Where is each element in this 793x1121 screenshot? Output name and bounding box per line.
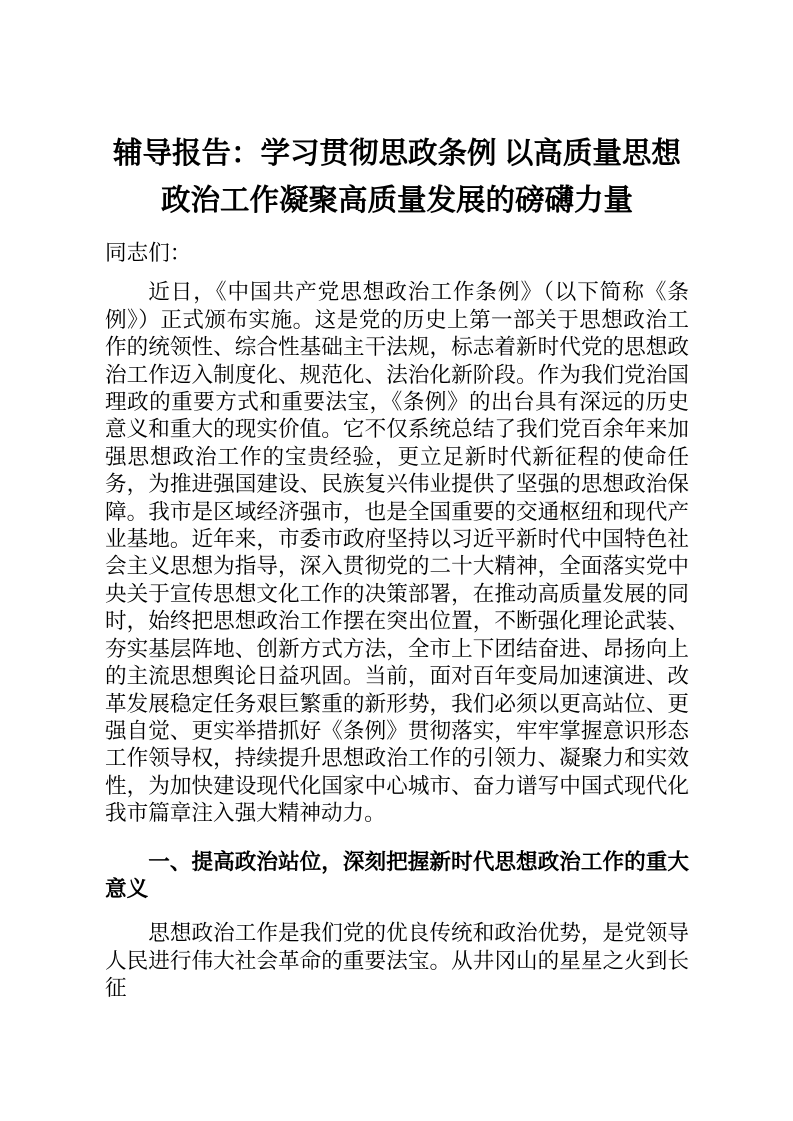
intro-paragraph: 近日，《中国共产党思想政治工作条例》（以下简称《条例》）正式颁布实施。这是党的历… — [105, 279, 689, 827]
document-title: 辅导报告：学习贯彻思政条例 以高质量思想政治工作凝聚高质量发展的磅礴力量 — [105, 131, 689, 225]
document-page: 辅导报告：学习贯彻思政条例 以高质量思想政治工作凝聚高质量发展的磅礴力量 同志们… — [0, 0, 793, 1121]
salutation: 同志们： — [105, 240, 689, 267]
section-1-heading: 一、提高政治站位，深刻把握新时代思想政治工作的重大意义 — [105, 849, 689, 904]
section-1-paragraph: 思想政治工作是我们党的优良传统和政治优势，是党领导人民进行伟大社会革命的重要法宝… — [105, 920, 689, 1002]
